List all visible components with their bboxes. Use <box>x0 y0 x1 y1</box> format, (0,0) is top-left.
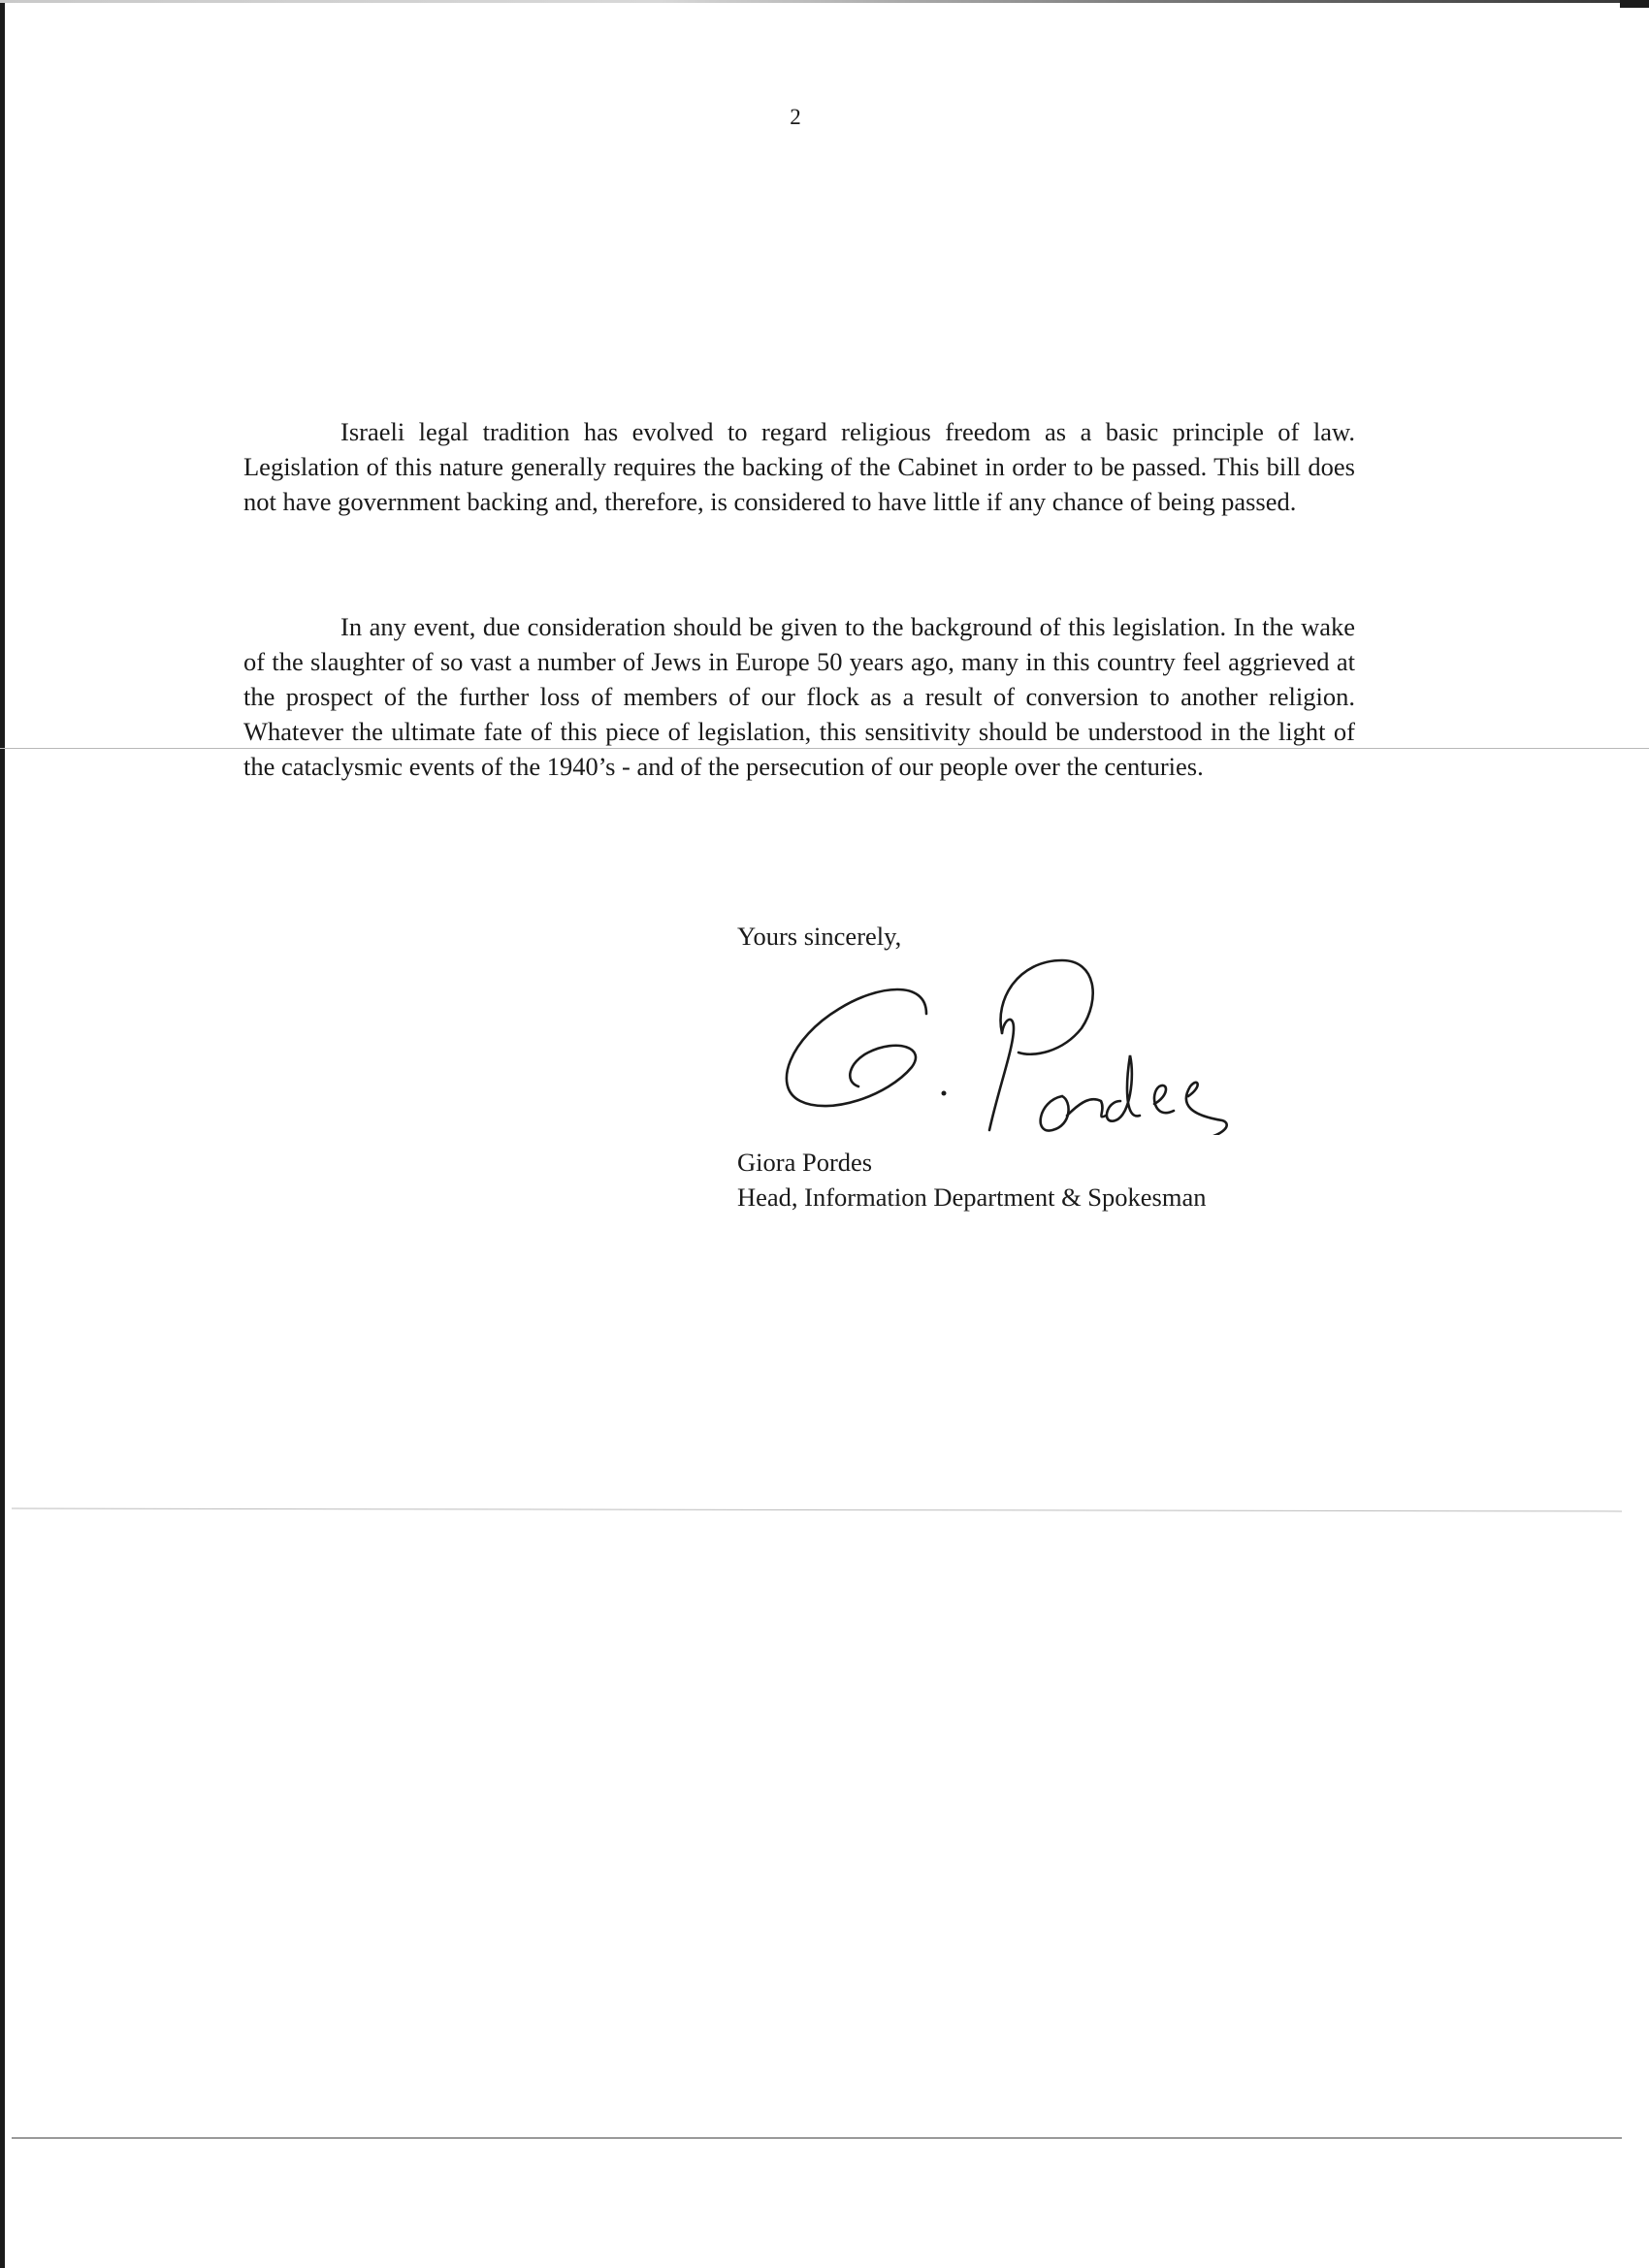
letter-body-paragraph-2: In any event, due consideration should b… <box>243 609 1355 784</box>
page-number: 2 <box>0 105 1591 130</box>
fold-crease <box>0 748 1649 749</box>
paragraph-text: In any event, due consideration should b… <box>243 609 1355 784</box>
signature-icon <box>771 941 1295 1135</box>
signer-block: Giora Pordes Head, Information Departmen… <box>737 1145 1207 1215</box>
signer-name: Giora Pordes <box>737 1145 1207 1180</box>
paper-fold-line <box>12 1508 1622 1512</box>
scan-corner <box>1620 0 1649 8</box>
scan-top-edge <box>0 0 1649 3</box>
scan-left-edge <box>0 0 5 2268</box>
letter-body-paragraph-1: Israeli legal tradition has evolved to r… <box>243 414 1355 519</box>
paragraph-text: Israeli legal tradition has evolved to r… <box>243 414 1355 519</box>
signer-title: Head, Information Department & Spokesman <box>737 1180 1207 1215</box>
paper-edge-line <box>12 2137 1622 2139</box>
